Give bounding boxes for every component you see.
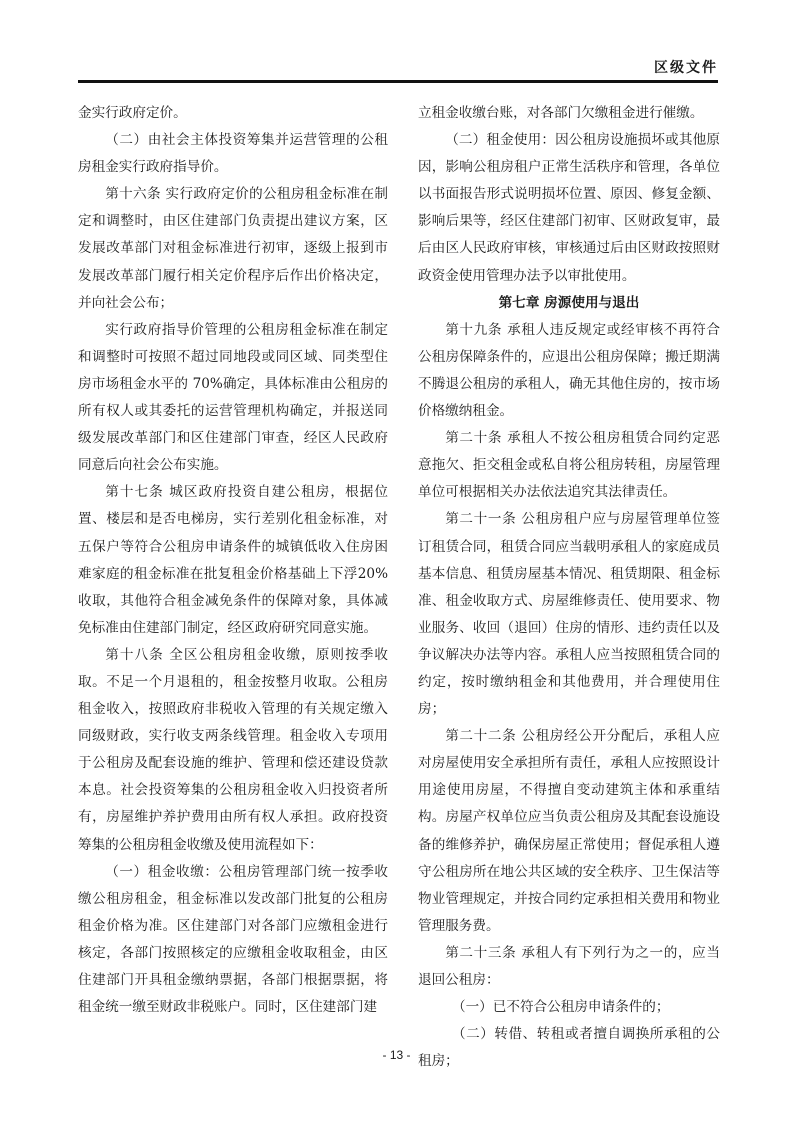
paragraph-article-17: 第十七条 城区政府投资自建公租房，根据位置、楼层和是否电梯房，实行差别化租金标准… [78,479,388,642]
paragraph-article-20: 第二十条 承租人不按公租房租赁合同约定恶意拖欠、拒交租金或私自将公租房转租，房屋… [418,425,720,506]
paragraph-article-19: 第十九条 承租人违反规定或经审核不再符合公租房保障条件的，应退出公租房保障；搬迁… [418,317,720,425]
chapter-heading: 第七章 房源使用与退出 [418,290,720,317]
paragraph: （二）租金使用：因公租房设施损坏或其他原因，影响公租房租户正常生活秩序和管理，各… [418,127,720,290]
header-divider [78,80,718,83]
list-item: （一）已不符合公租房申请条件的； [418,994,720,1021]
paragraph-article-23: 第二十三条 承租人有下列行为之一的，应当退回公租房： [418,940,720,994]
left-column: 金实行政府定价。 （二）由社会主体投资筹集并运营管理的公租房租金实行政府指导价。… [78,100,388,1021]
paragraph: （二）由社会主体投资筹集并运营管理的公租房租金实行政府指导价。 [78,127,388,181]
paragraph-article-16: 第十六条 实行政府定价的公租房租金标准在制定和调整时，由区住建部门负责提出建议方… [78,181,388,316]
paragraph-article-21: 第二十一条 公租房租户应与房屋管理单位签订租赁合同，租赁合同应当载明承租人的家庭… [418,506,720,723]
paragraph: （一）租金收缴：公租房管理部门统一按季收缴公租房租金，租金标准以发改部门批复的公… [78,859,388,1022]
page-number: - 13 - [0,1048,793,1062]
right-column: 立租金收缴台账，对各部门欠缴租金进行催缴。 （二）租金使用：因公租房设施损坏或其… [418,100,720,1075]
paragraph: 金实行政府定价。 [78,100,388,127]
paragraph: 实行政府指导价管理的公租房租金标准在制定和调整时可按照不超过同地段或同区域、同类… [78,317,388,480]
paragraph-article-22: 第二十二条 公租房经公开分配后，承租人应对房屋使用安全承担所有责任，承租人应按照… [418,723,720,940]
paragraph-article-18: 第十八条 全区公租房租金收缴，原则按季收取。不足一个月退租的，租金按整月收取。公… [78,642,388,859]
document-header-title: 区级文件 [654,57,718,77]
paragraph: 立租金收缴台账，对各部门欠缴租金进行催缴。 [418,100,720,127]
